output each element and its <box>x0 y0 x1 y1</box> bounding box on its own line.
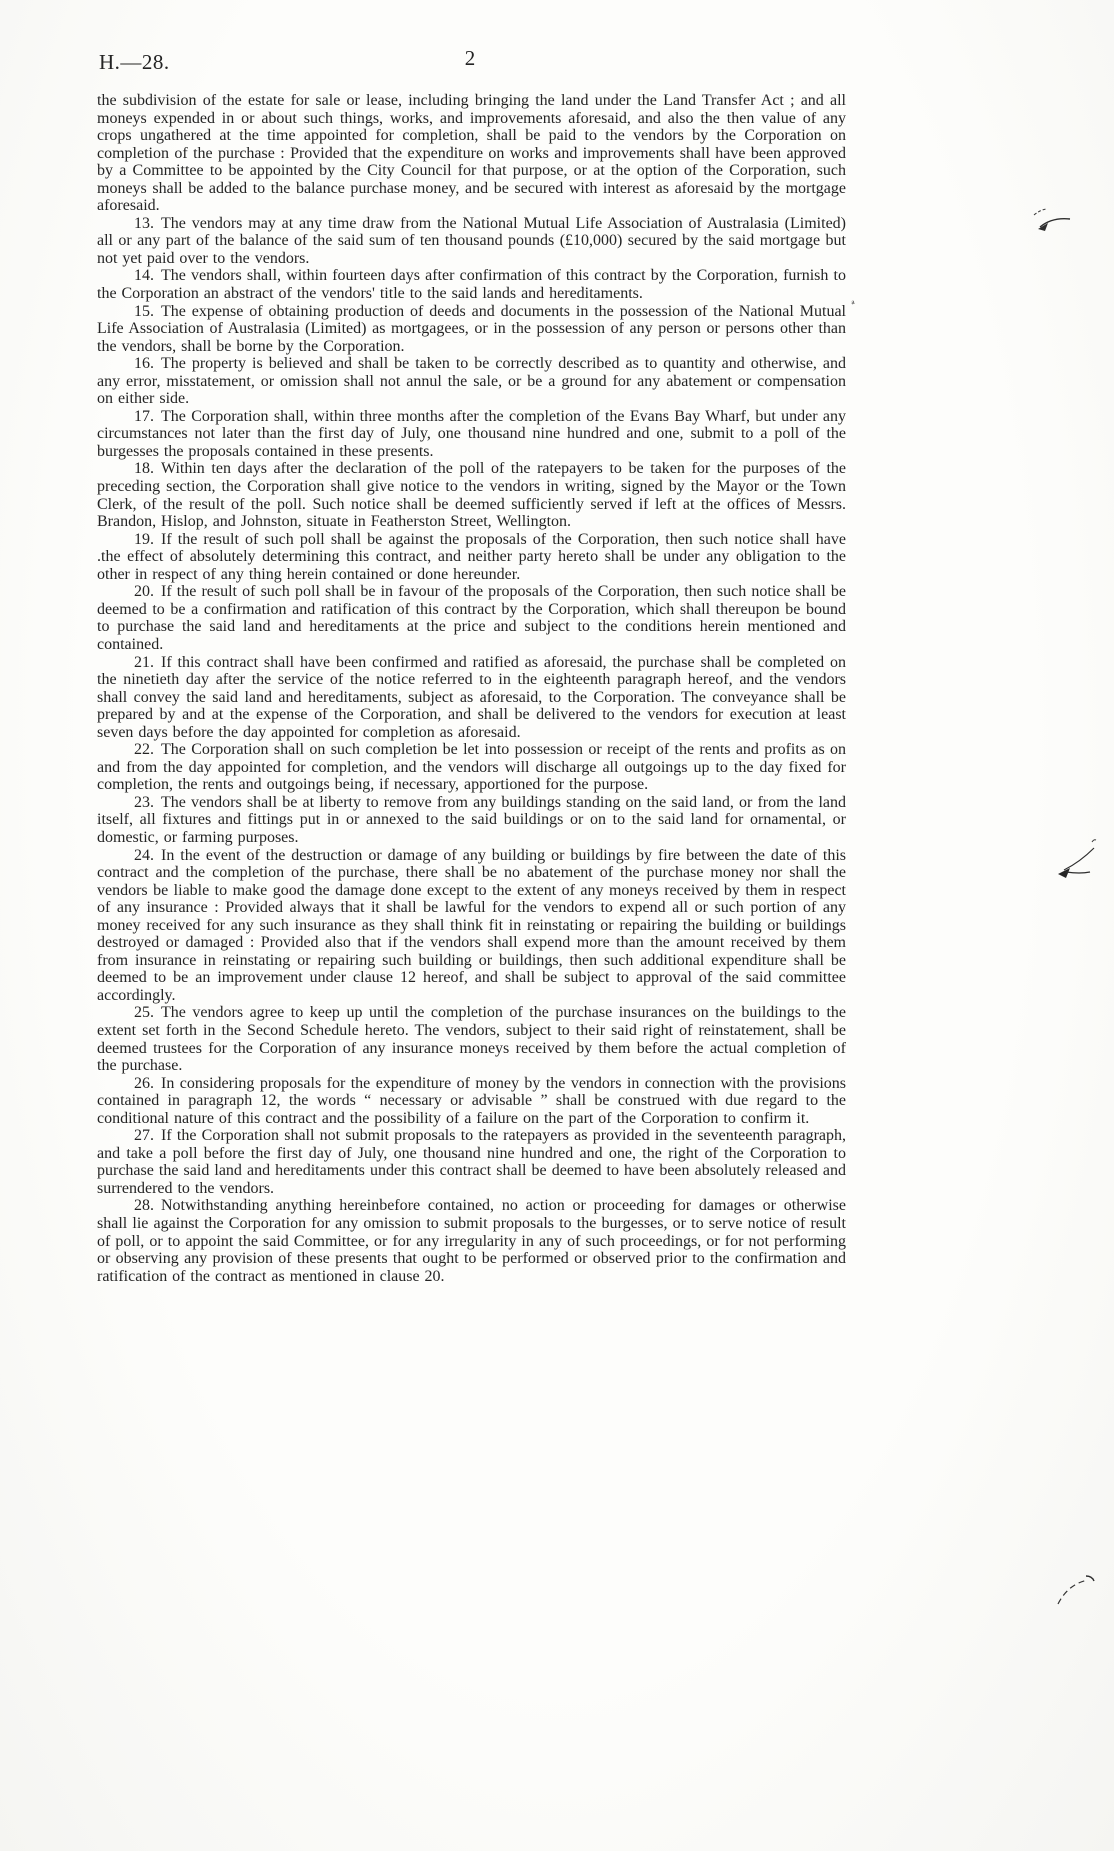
clause-text: In considering proposals for the expendi… <box>97 1075 846 1127</box>
paragraph-23: 23.The vendors shall be at liberty to re… <box>97 794 846 847</box>
clause-number: 20. <box>134 583 154 600</box>
pen-mark-icon <box>1048 838 1104 886</box>
clause-number: 14. <box>134 267 154 284</box>
clause-number: 16. <box>134 355 154 372</box>
clause-text: If the result of such poll shall be in f… <box>97 583 846 653</box>
clause-text: The vendors may at any time draw from th… <box>97 215 846 267</box>
paragraph-17: 17.The Corporation shall, within three m… <box>97 408 846 461</box>
clause-text: Notwithstanding anything hereinbefore co… <box>97 1197 846 1284</box>
clause-number: 19. <box>134 531 154 548</box>
paragraph-26: 26.In considering proposals for the expe… <box>97 1075 846 1128</box>
pen-mark-icon <box>1052 1570 1106 1612</box>
clause-text: The vendors shall be at liberty to remov… <box>97 794 846 846</box>
clause-number: 15. <box>134 303 154 320</box>
clause-number: 24. <box>134 847 154 864</box>
clause-number: 23. <box>134 794 154 811</box>
paragraph-27: 27.If the Corporation shall not submit p… <box>97 1127 846 1197</box>
page-number: 2 <box>440 46 500 71</box>
clause-number: 18. <box>134 460 154 477</box>
clause-text: The Corporation shall on such completion… <box>97 741 846 793</box>
pen-mark-icon <box>1030 203 1082 237</box>
clause-text: In the event of the destruction or damag… <box>97 847 846 1004</box>
ink-blot-icon: ₐ <box>850 292 855 307</box>
clause-text: The expense of obtaining production of d… <box>97 303 846 355</box>
paragraph-25: 25.The vendors agree to keep up until th… <box>97 1004 846 1074</box>
clause-number: 27. <box>134 1127 154 1144</box>
paragraph-20: 20.If the result of such poll shall be i… <box>97 583 846 653</box>
clause-text: Within ten days after the declaration of… <box>97 460 846 530</box>
clause-text: The Corporation shall, within three mont… <box>97 408 846 460</box>
paragraph-18: 18.Within ten days after the declaration… <box>97 460 846 530</box>
clause-text: The vendors agree to keep up until the c… <box>97 1004 846 1074</box>
paragraph-15: 15.The expense of obtaining production o… <box>97 303 846 356</box>
clause-number: 13. <box>134 215 154 232</box>
paragraph-13: 13.The vendors may at any time draw from… <box>97 215 846 268</box>
clause-text: If this contract shall have been confirm… <box>97 654 846 741</box>
paragraph-14: 14.The vendors shall, within fourteen da… <box>97 267 846 302</box>
document-reference: H.—28. <box>99 50 170 75</box>
clause-number: 22. <box>134 741 154 758</box>
clause-number: 17. <box>134 408 154 425</box>
clause-number: 28. <box>134 1197 154 1214</box>
paragraph-continuation: the subdivision of the estate for sale o… <box>97 92 846 215</box>
paragraph-24: 24.In the event of the destruction or da… <box>97 847 846 1005</box>
clause-number: 21. <box>134 654 154 671</box>
clause-text: The property is believed and shall be ta… <box>97 355 846 407</box>
paragraph-21: 21.If this contract shall have been conf… <box>97 654 846 742</box>
paragraph-19: 19.If the result of such poll shall be a… <box>97 531 846 584</box>
clause-number: 26. <box>134 1075 154 1092</box>
clause-text: If the Corporation shall not submit prop… <box>97 1127 846 1197</box>
clause-number: 25. <box>134 1004 154 1021</box>
scanned-document-page: H.—28. 2 the subdivision of the estate f… <box>0 0 1114 1851</box>
clause-text: The vendors shall, within fourteen days … <box>97 267 846 302</box>
paragraph-22: 22.The Corporation shall on such complet… <box>97 741 846 794</box>
paragraph-16: 16.The property is believed and shall be… <box>97 355 846 408</box>
paragraph-28: 28.Notwithstanding anything hereinbefore… <box>97 1197 846 1285</box>
clause-text: If the result of such poll shall be agai… <box>97 531 846 583</box>
body-text: the subdivision of the estate for sale o… <box>97 92 846 1285</box>
clause-text: the subdivision of the estate for sale o… <box>97 92 846 214</box>
